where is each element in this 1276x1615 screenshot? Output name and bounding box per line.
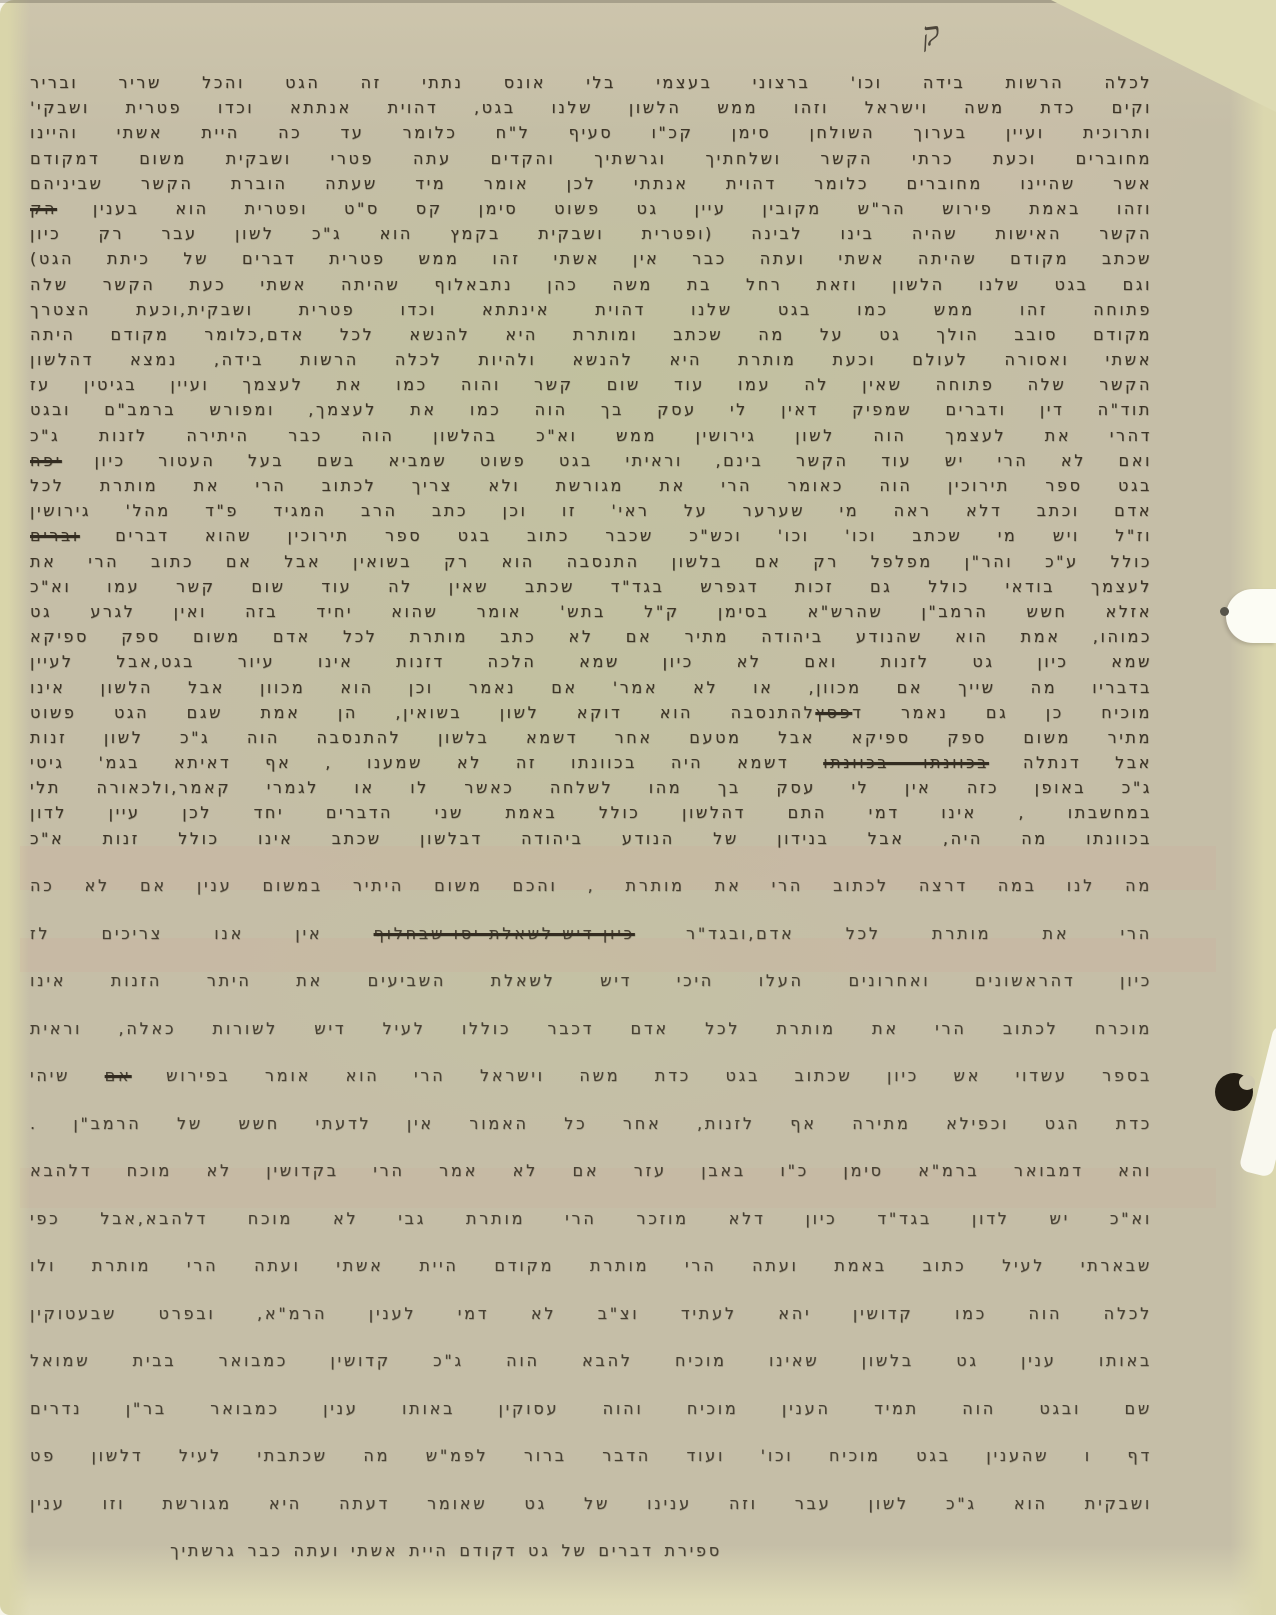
text-line: אזלא חשש הרמב"ן שהרש"א בסימן ק"ל בתש' או… [30, 599, 1152, 624]
text-line: ספירת דברים של גט דקודם היית אשתי ועתה כ… [30, 1527, 1152, 1575]
punch-hole-dot [1220, 607, 1229, 616]
text-line: דף ו שהענין בגט מוכיח וכו' ועוד הדבר ברו… [30, 1432, 1152, 1480]
text-line: והא דמבואר ברמ"א סימן כ"ו באבן עזר אם לא… [30, 1147, 1152, 1195]
text-line: תוד"ה דין ודברים שמפיק דאין לי עסק בך הו… [30, 397, 1152, 422]
text-line: הרי את מותרת לכל אדם,ובגד"ר כיון-דיש-לשא… [30, 910, 1152, 958]
text-line: אשתי ואסורה לעולם וכעת מותרת היא להנשא ו… [30, 347, 1152, 372]
text-line: ואם לא הרי יש עוד הקשר בינם, וראיתי בגט … [30, 448, 1152, 473]
text-line: בספר עשדוי אש כיון שכתוב בגט כדת משה ויש… [30, 1052, 1152, 1100]
text-line: במחשבתו , אינו דמי התם דהלשון כולל באמת … [30, 800, 1152, 825]
document-scan: ק לכלה הרשות בידה וכו' ברצוני בעצמי בלי … [0, 0, 1276, 1615]
text-line: לעצמך בודאי כולל גם זכות דגפרש בגד"ד שכת… [30, 574, 1152, 599]
struck-text: יפח [30, 451, 62, 470]
text-line: אבל דנתלה בכוונתו בכוונתו דשמא היה בכוונ… [30, 750, 1152, 775]
text-line: ושבקית הוא ג"כ לשון עבר וזה ענינו של גט … [30, 1480, 1152, 1528]
text-line: כמוהו, אמת הוא שהנודע ביהודה מתיר אם לא … [30, 624, 1152, 649]
spread-paragraph: מה לנו במה דרצה לכתוב הרי את מותרת , והכ… [30, 862, 1152, 1575]
ink-blob [1215, 1073, 1253, 1111]
text-line: וזהו באמת פירוש הר"ש מקובין עיין גט פשוט… [30, 196, 1152, 221]
text-line: אדם וכתב דלא ראה מי שערער על ראי' זו וכן… [30, 498, 1152, 523]
text-line: שם ובגט הוה תמיד הענין מוכיח והוה עסוקין… [30, 1385, 1152, 1433]
struck-text: הק [30, 199, 57, 218]
text-line: בכוונתו מה היה, אבל בנידון של הנודע ביהו… [30, 826, 1152, 851]
text-line: באותו ענין גט בלשון שאינו מוכיח להבא הוה… [30, 1337, 1152, 1385]
text-line: מוכרח לכתוב הרי את מותרת לכל אדם דכבר כו… [30, 1005, 1152, 1053]
text-line: לכלה הרשות בידה וכו' ברצוני בעצמי בלי או… [30, 70, 1152, 95]
text-line: כדת הגט וכפילא מתירה אף לזנות, אחר כל הא… [30, 1100, 1152, 1148]
struck-text: פסץ [815, 703, 852, 722]
struck-text: בכוונתו בכוונתו [823, 753, 989, 772]
text-line: וגם בגט שלנו הלשון וזאת רחל בת משה כהן נ… [30, 272, 1152, 297]
struck-text: וברים [30, 526, 80, 545]
text-line: מתיר משום ספק ספיקא אבל מטעם אחר דשמא בל… [30, 725, 1152, 750]
punch-hole [1226, 589, 1276, 643]
text-line: מוכיח כן גם נאמר דפסץלהתנסבה הוא דוקא לש… [30, 700, 1152, 725]
struck-text: כיון-דיש-לשאלת-יסו-שבחלוף [374, 924, 635, 943]
text-line: בגט ספר תירוכין הוה כאומר הרי את מגורשת … [30, 473, 1152, 498]
text-line: מקודם סובב הולך גט על מה שכתב ומותרת היא… [30, 322, 1152, 347]
text-line: ג"כ באופן כזה אין לי עסק בך מהו לשלחה כא… [30, 775, 1152, 800]
text-line: וא"כ יש לדון בגד"ד כיון דלא מוזכר הרי מו… [30, 1195, 1152, 1243]
text-line: הקשר האישות שהיה בינו לבינה (ופטרית ושבק… [30, 221, 1152, 246]
ink-blob-bite [1239, 1075, 1255, 1090]
text-line: כיון דהראשונים ואחרונים העלו היכי דיש לש… [30, 957, 1152, 1005]
text-line: שמא כיון גט לזנות ואם לא כיון שמא הלכה ד… [30, 649, 1152, 674]
struck-text: אם [105, 1066, 132, 1085]
dense-paragraph: לכלה הרשות בידה וכו' ברצוני בעצמי בלי או… [30, 70, 1152, 851]
text-line: שכתב מקודם שהיתה אשתי ועתה כבר אין אשתי … [30, 246, 1152, 271]
text-line: וז"ל ויש מי שכתב וכו' וכו' וכש"כ שכבר כת… [30, 523, 1152, 548]
text-line: כולל ע"כ והר"ן מפלפל רק אם בלשון התנסבה … [30, 549, 1152, 574]
text-line: לכלה הוה כמו קדושין יהא לעתיד וצ"ב לא דמ… [30, 1290, 1152, 1338]
text-line: דהרי את לעצמך הוה לשון גירושין ממש וא"כ … [30, 423, 1152, 448]
text-line: אשר שהיינו מחוברים כלומר דהוית אנתתי לכן… [30, 171, 1152, 196]
text-line: מחוברים וכעת כרתי הקשר ושלחתיך וגרשתיך ו… [30, 146, 1152, 171]
text-line: שבארתי לעיל כתוב באמת ועתה הרי מותרת מקו… [30, 1242, 1152, 1290]
text-line: מה לנו במה דרצה לכתוב הרי את מותרת , והכ… [30, 862, 1152, 910]
text-line: פתוחה זהו ממש כמו בגט שלנו דהוית אינתתא … [30, 297, 1152, 322]
text-line: ותרוכית ועיין בערוך השולחן סימן קכ"ו סעי… [30, 120, 1152, 145]
text-line: בדבריו מה שייך אם מכוון, או לא אמר' אם נ… [30, 675, 1152, 700]
text-line: הקשר שלה פתוחה שאין לה עמו עוד שום קשר ו… [30, 372, 1152, 397]
text-line: וקים כדת משה וישראל וזהו ממש הלשון שלנו … [30, 95, 1152, 120]
